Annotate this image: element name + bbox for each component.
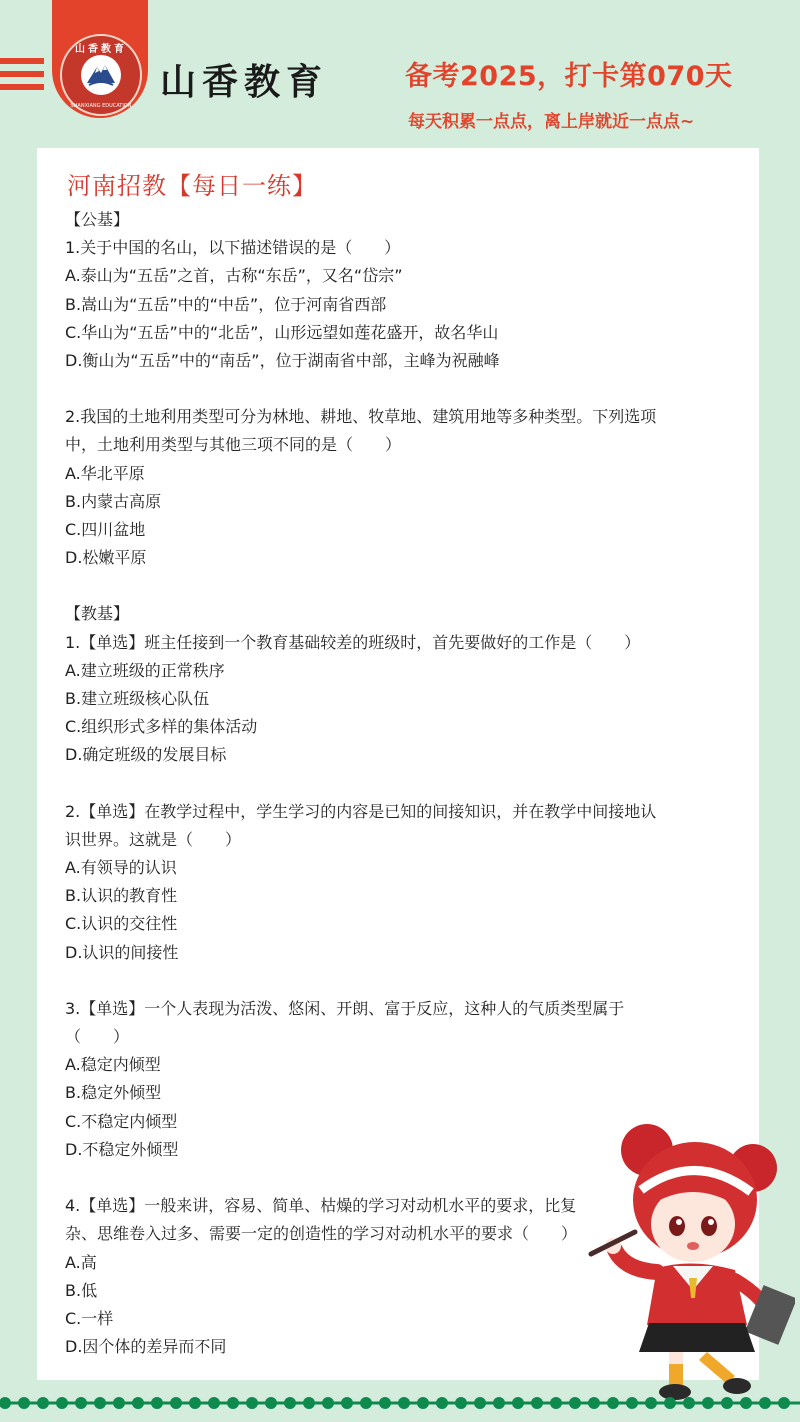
- question-stem: 1.关于中国的名山，以下描述错误的是（ ）: [65, 234, 735, 262]
- option-a: A.建立班级的正常秩序: [65, 657, 735, 685]
- option-a: A.有领导的认识: [65, 854, 735, 882]
- logo-ring-text-bottom: SHANXIANG EDUCATION: [62, 103, 140, 109]
- option-b: B.内蒙古高原: [65, 488, 735, 516]
- option-c: C.华山为“五岳”中的“北岳”，山形远望如莲花盛开，故名华山: [65, 319, 735, 347]
- subline: 每天积累一点点，离上岸就近一点点~: [408, 107, 694, 132]
- question-stem: 1.【单选】班主任接到一个教育基础较差的班级时，首先要做好的工作是（ ）: [65, 629, 735, 657]
- option-c: C.四川盆地: [65, 516, 735, 544]
- spacer: [65, 375, 735, 403]
- card-title: 河南招教【每日一练】: [67, 166, 317, 201]
- option-c: C.认识的交往性: [65, 910, 735, 938]
- option-b: B.建立班级核心队伍: [65, 685, 735, 713]
- question-stem: 3.【单选】一个人表现为活泼、悠闲、开朗、富于反应，这种人的气质类型属于: [65, 995, 735, 1023]
- option-b: B.认识的教育性: [65, 882, 735, 910]
- logo-ring-text-top: 山香教育: [62, 40, 140, 55]
- brand-logo: 山香教育 SHANXIANG EDUCATION: [60, 34, 142, 116]
- headline: 备考2025，打卡第070天: [405, 54, 733, 93]
- question-stem-cont: 中，土地利用类型与其他三项不同的是（ ）: [65, 431, 735, 459]
- question: 2.我国的土地利用类型可分为林地、耕地、牧草地、建筑用地等多种类型。下列选项 中…: [65, 403, 735, 572]
- option-d: D.衡山为“五岳”中的“南岳”，位于湖南省中部，主峰为祝融峰: [65, 347, 735, 375]
- option-b: B.稳定外倾型: [65, 1079, 735, 1107]
- question: 1.关于中国的名山，以下描述错误的是（ ） A.泰山为“五岳”之首，古称“东岳”…: [65, 234, 735, 375]
- question-stem-cont: （ ）: [65, 1023, 735, 1051]
- option-d: D.确定班级的发展目标: [65, 741, 735, 769]
- brand-name: 山香教育: [160, 54, 328, 105]
- spacer: [65, 572, 735, 600]
- bead-divider: [0, 1396, 800, 1410]
- question-stem: 2.我国的土地利用类型可分为林地、耕地、牧草地、建筑用地等多种类型。下列选项: [65, 403, 735, 431]
- question: 2.【单选】在教学过程中，学生学习的内容是已知的间接知识，并在教学中间接地认 识…: [65, 798, 735, 967]
- option-c: C.组织形式多样的集体活动: [65, 713, 735, 741]
- question-stem: 2.【单选】在教学过程中，学生学习的内容是已知的间接知识，并在教学中间接地认: [65, 798, 735, 826]
- section-label: 【公基】: [65, 206, 735, 234]
- section-label: 【教基】: [65, 600, 735, 628]
- mountain-icon: [81, 55, 121, 95]
- question: 1.【单选】班主任接到一个教育基础较差的班级时，首先要做好的工作是（ ） A.建…: [65, 629, 735, 770]
- option-b: B.嵩山为“五岳”中的“中岳”，位于河南省西部: [65, 291, 735, 319]
- question-stem-cont: 识世界。这就是（ ）: [65, 826, 735, 854]
- spacer: [65, 967, 735, 995]
- option-d: D.松嫩平原: [65, 544, 735, 572]
- option-a: A.华北平原: [65, 460, 735, 488]
- spacer: [65, 770, 735, 798]
- mascot-illustration: [585, 1120, 795, 1410]
- header-stripes: [0, 58, 44, 97]
- option-a: A.稳定内倾型: [65, 1051, 735, 1079]
- option-d: D.认识的间接性: [65, 939, 735, 967]
- option-a: A.泰山为“五岳”之首，古称“东岳”，又名“岱宗”: [65, 262, 735, 290]
